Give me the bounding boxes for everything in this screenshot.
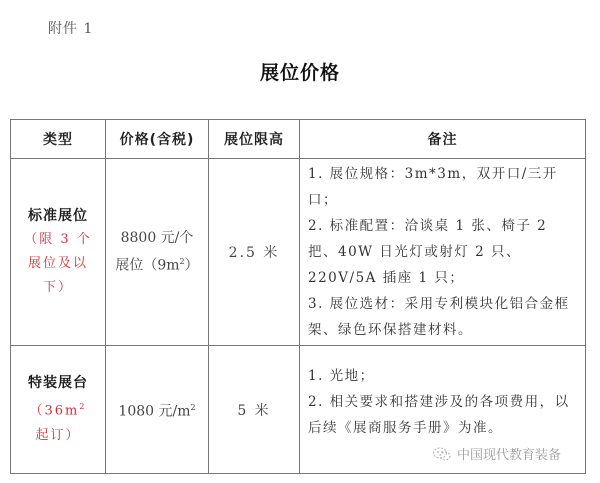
price-cell: 8800 元/个 展位（9m2） bbox=[106, 159, 209, 346]
price-value: 1080 元/m bbox=[118, 403, 190, 419]
header-price: 价格(含税) bbox=[106, 120, 209, 159]
height-limit-cell: 5 米 bbox=[209, 346, 300, 474]
superscript: 2 bbox=[79, 402, 86, 411]
price-unit-end: ） bbox=[185, 258, 199, 274]
header-type: 类型 bbox=[11, 120, 106, 159]
price-unit: 展位（9m bbox=[115, 258, 179, 274]
price-value: 8800 元/个 bbox=[121, 230, 194, 246]
superscript: 2 bbox=[190, 403, 195, 412]
type-cell: 标准展位 （限 3 个展位及以下） bbox=[11, 159, 106, 346]
wechat-icon bbox=[432, 446, 452, 462]
note-item: 2. 标准配置：洽谈桌 1 张、椅子 2 把、40W 日光灯或射灯 2 只、22… bbox=[308, 213, 577, 291]
note-item: 1. 展位规格：3m*3m，双开口/三开口； bbox=[308, 161, 577, 213]
note-item: 1. 光地； bbox=[308, 363, 577, 389]
watermark: 中国现代教育装备 bbox=[432, 444, 561, 463]
booth-price-table: 类型 价格(含税) 展位限高 备注 标准展位 （限 3 个展位及以下） 8800… bbox=[10, 119, 586, 474]
note-item: 2. 相关要求和搭建涉及的各项费用，以后续《展商服务手册》为准。 bbox=[308, 389, 577, 441]
table-header-row: 类型 价格(含税) 展位限高 备注 bbox=[11, 120, 586, 159]
type-note: （36m2 起订） bbox=[11, 395, 105, 447]
attachment-label: 附件 1 bbox=[48, 18, 93, 38]
notes-cell: 1. 展位规格：3m*3m，双开口/三开口； 2. 标准配置：洽谈桌 1 张、椅… bbox=[300, 159, 586, 346]
price-cell: 1080 元/m2 bbox=[106, 346, 209, 474]
type-note-post: 起订） bbox=[35, 428, 80, 443]
type-cell: 特装展台 （36m2 起订） bbox=[11, 346, 106, 474]
type-note: （限 3 个展位及以下） bbox=[11, 228, 105, 300]
type-name: 特装展台 bbox=[11, 371, 105, 395]
header-notes: 备注 bbox=[300, 120, 586, 159]
type-name: 标准展位 bbox=[11, 204, 105, 228]
document-title: 展位价格 bbox=[0, 58, 600, 85]
header-height-limit: 展位限高 bbox=[209, 120, 300, 159]
watermark-text: 中国现代教育装备 bbox=[457, 444, 561, 463]
note-item: 3. 展位选材：采用专利模块化铝合金框架、绿色环保搭建材料。 bbox=[308, 291, 577, 343]
type-note-pre: （36m bbox=[30, 404, 80, 419]
height-limit-cell: 2.5 米 bbox=[209, 159, 300, 346]
table-row-standard-booth: 标准展位 （限 3 个展位及以下） 8800 元/个 展位（9m2） 2.5 米… bbox=[11, 159, 586, 346]
